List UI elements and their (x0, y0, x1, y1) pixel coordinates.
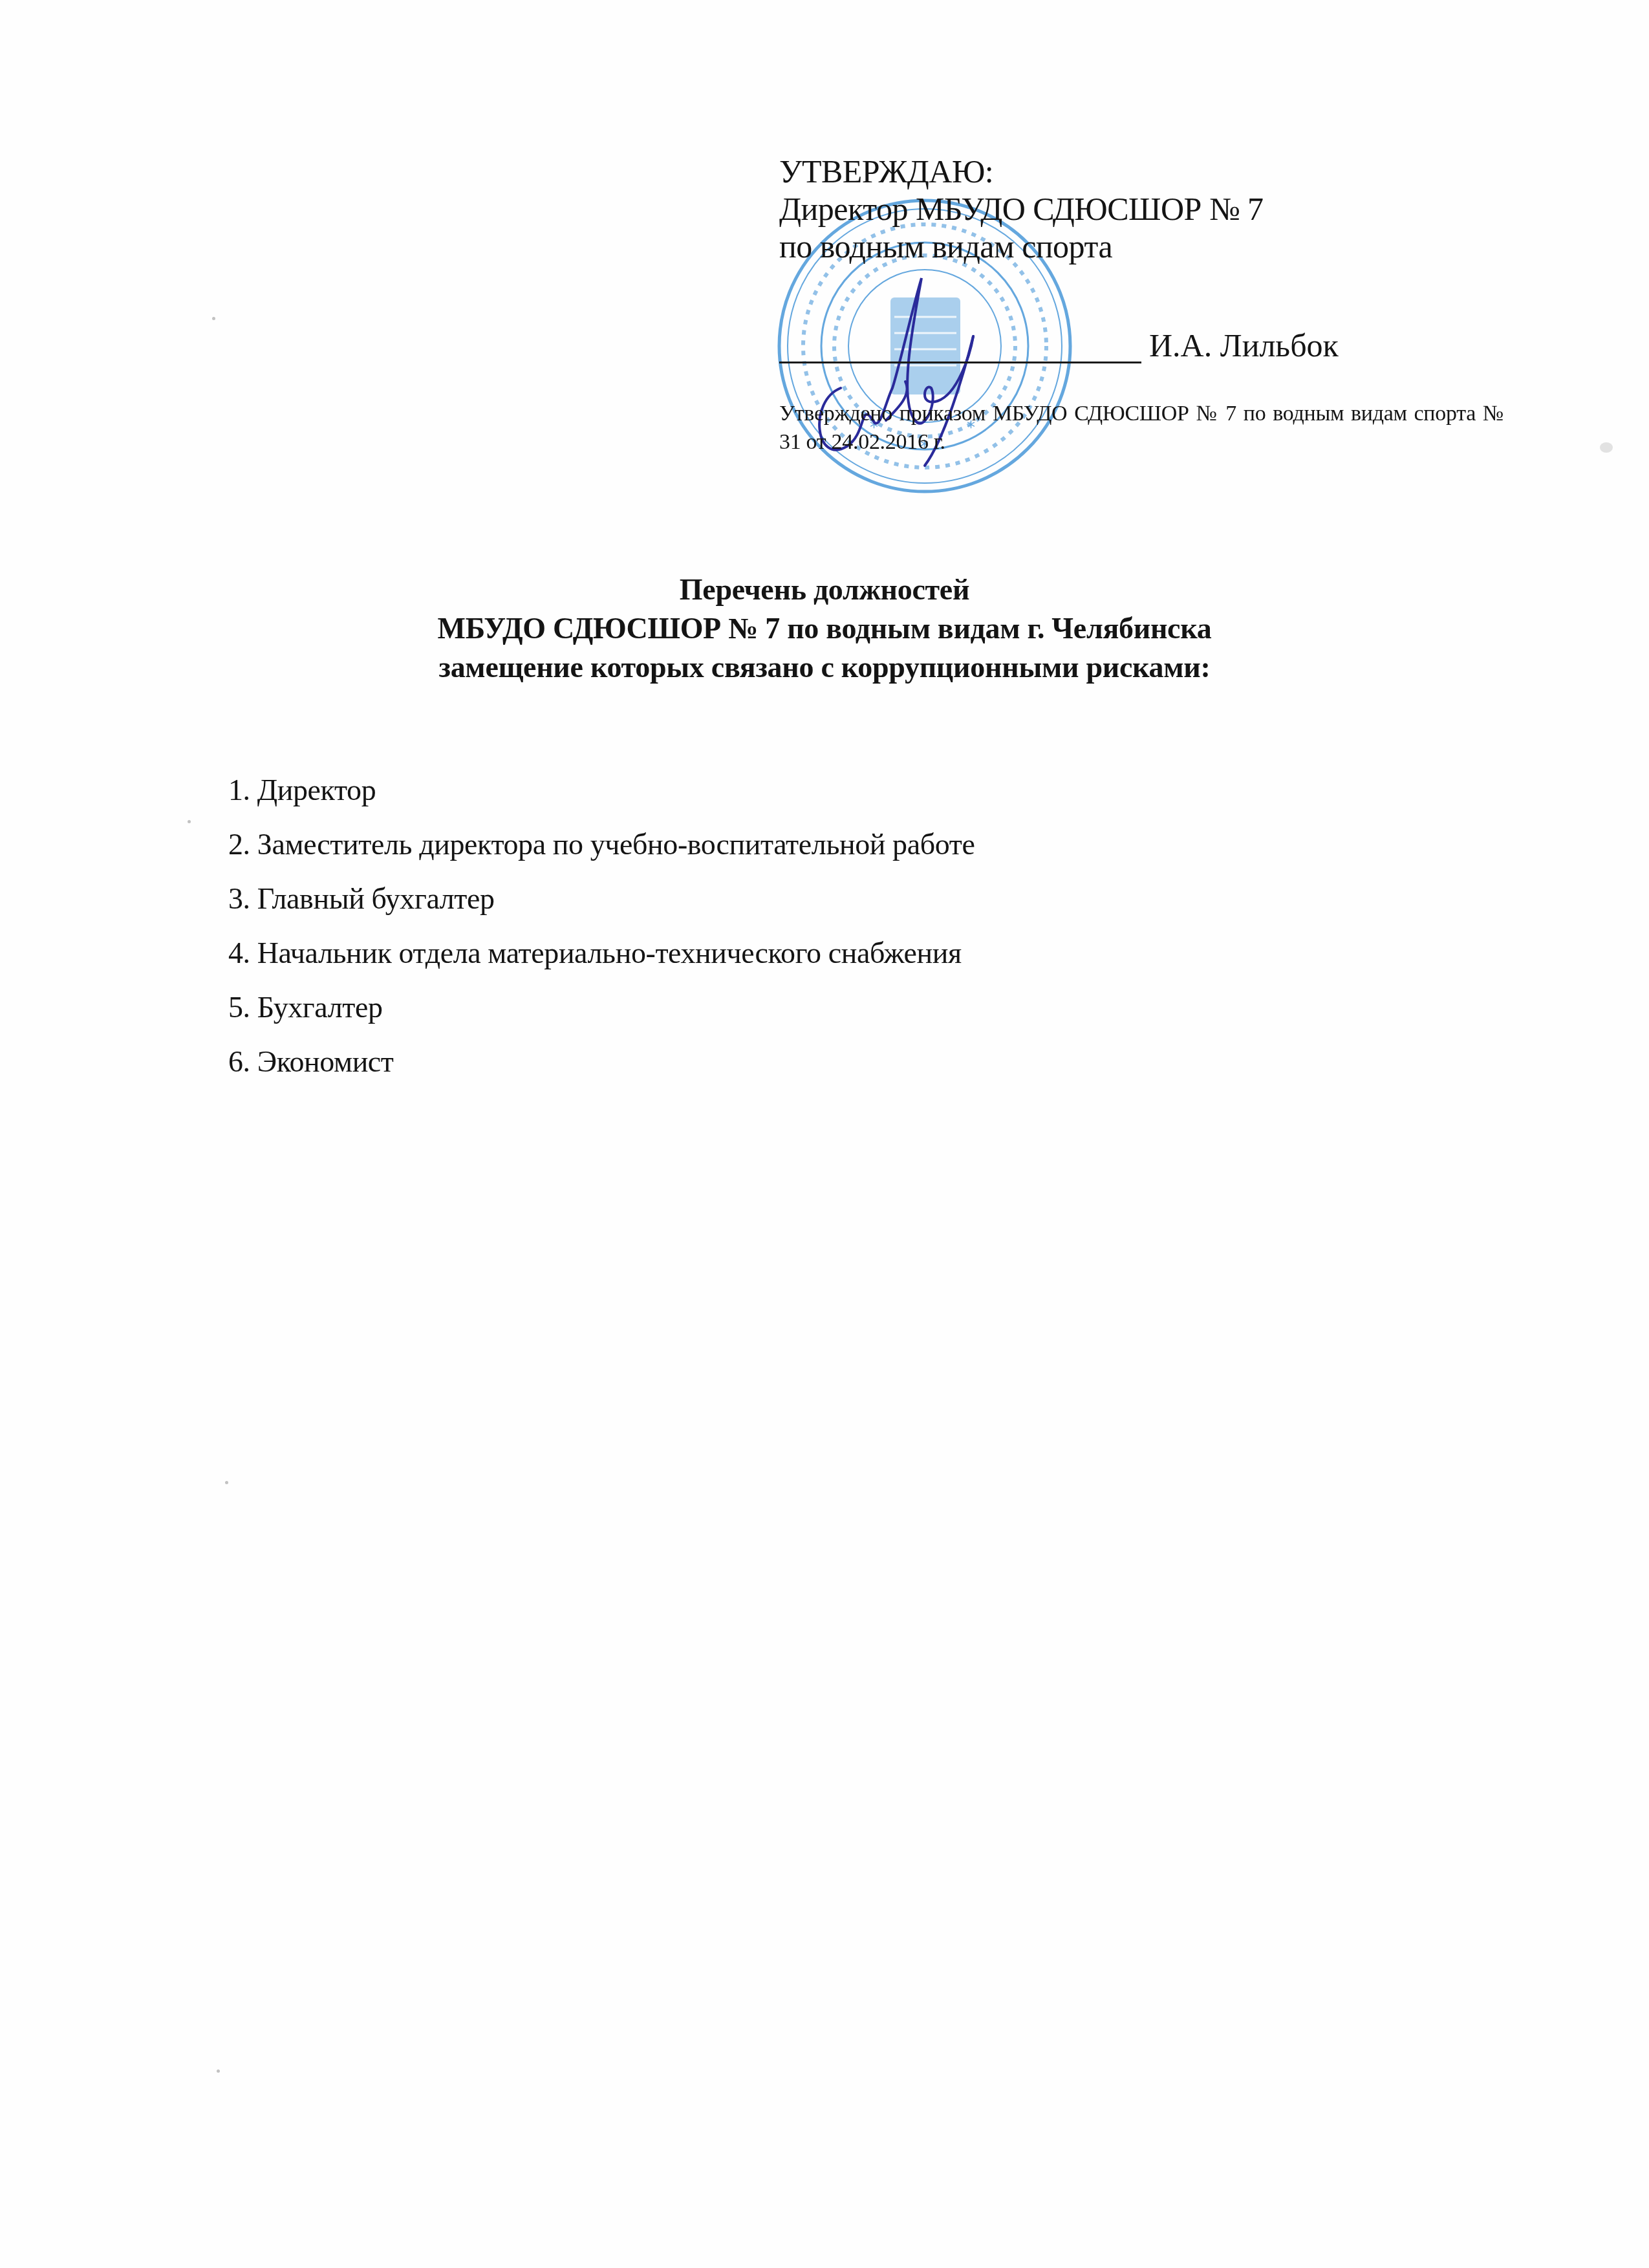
list-item: 2. Заместитель директора по учебно-воспи… (228, 817, 975, 872)
signer-name: И.А. Лильбок (1149, 327, 1339, 364)
approval-position-line2: по водным видам спорта (779, 228, 1523, 265)
title-line-1: Перечень должностей (0, 570, 1649, 609)
approval-block: УТВЕРЖДАЮ: Директор МБУДО СДЮСШОР № 7 по… (779, 153, 1523, 265)
list-item: 5. Бухгалтер (228, 980, 975, 1035)
scan-speck (217, 2069, 220, 2073)
document-page: *** УТВЕРЖДАЮ: Директор МБУДО СДЮСШОР № … (0, 0, 1649, 2268)
scan-speck (225, 1481, 228, 1484)
list-item: 3. Главный бухгалтер (228, 872, 975, 926)
signature-line (779, 362, 1141, 363)
title-line-3: замещение которых связано с коррупционны… (0, 648, 1649, 687)
scan-speck (188, 820, 191, 823)
document-title: Перечень должностей МБУДО СДЮСШОР № 7 по… (0, 570, 1649, 687)
scan-speck (212, 317, 215, 320)
scan-speck (1600, 442, 1613, 453)
order-note: Утверждено приказом МБУДО СДЮСШОР № 7 по… (779, 400, 1503, 457)
list-item: 4. Начальник отдела материально-техничес… (228, 926, 975, 980)
approval-position-line1: Директор МБУДО СДЮСШОР № 7 (779, 190, 1523, 228)
title-line-2: МБУДО СДЮСШОР № 7 по водным видам г. Чел… (0, 609, 1649, 648)
approval-heading: УТВЕРЖДАЮ: (779, 153, 1523, 190)
signature-row: И.А. Лильбок (779, 327, 1555, 372)
positions-list: 1. Директор 2. Заместитель директора по … (228, 763, 975, 1089)
list-item: 1. Директор (228, 763, 975, 817)
list-item: 6. Экономист (228, 1035, 975, 1089)
